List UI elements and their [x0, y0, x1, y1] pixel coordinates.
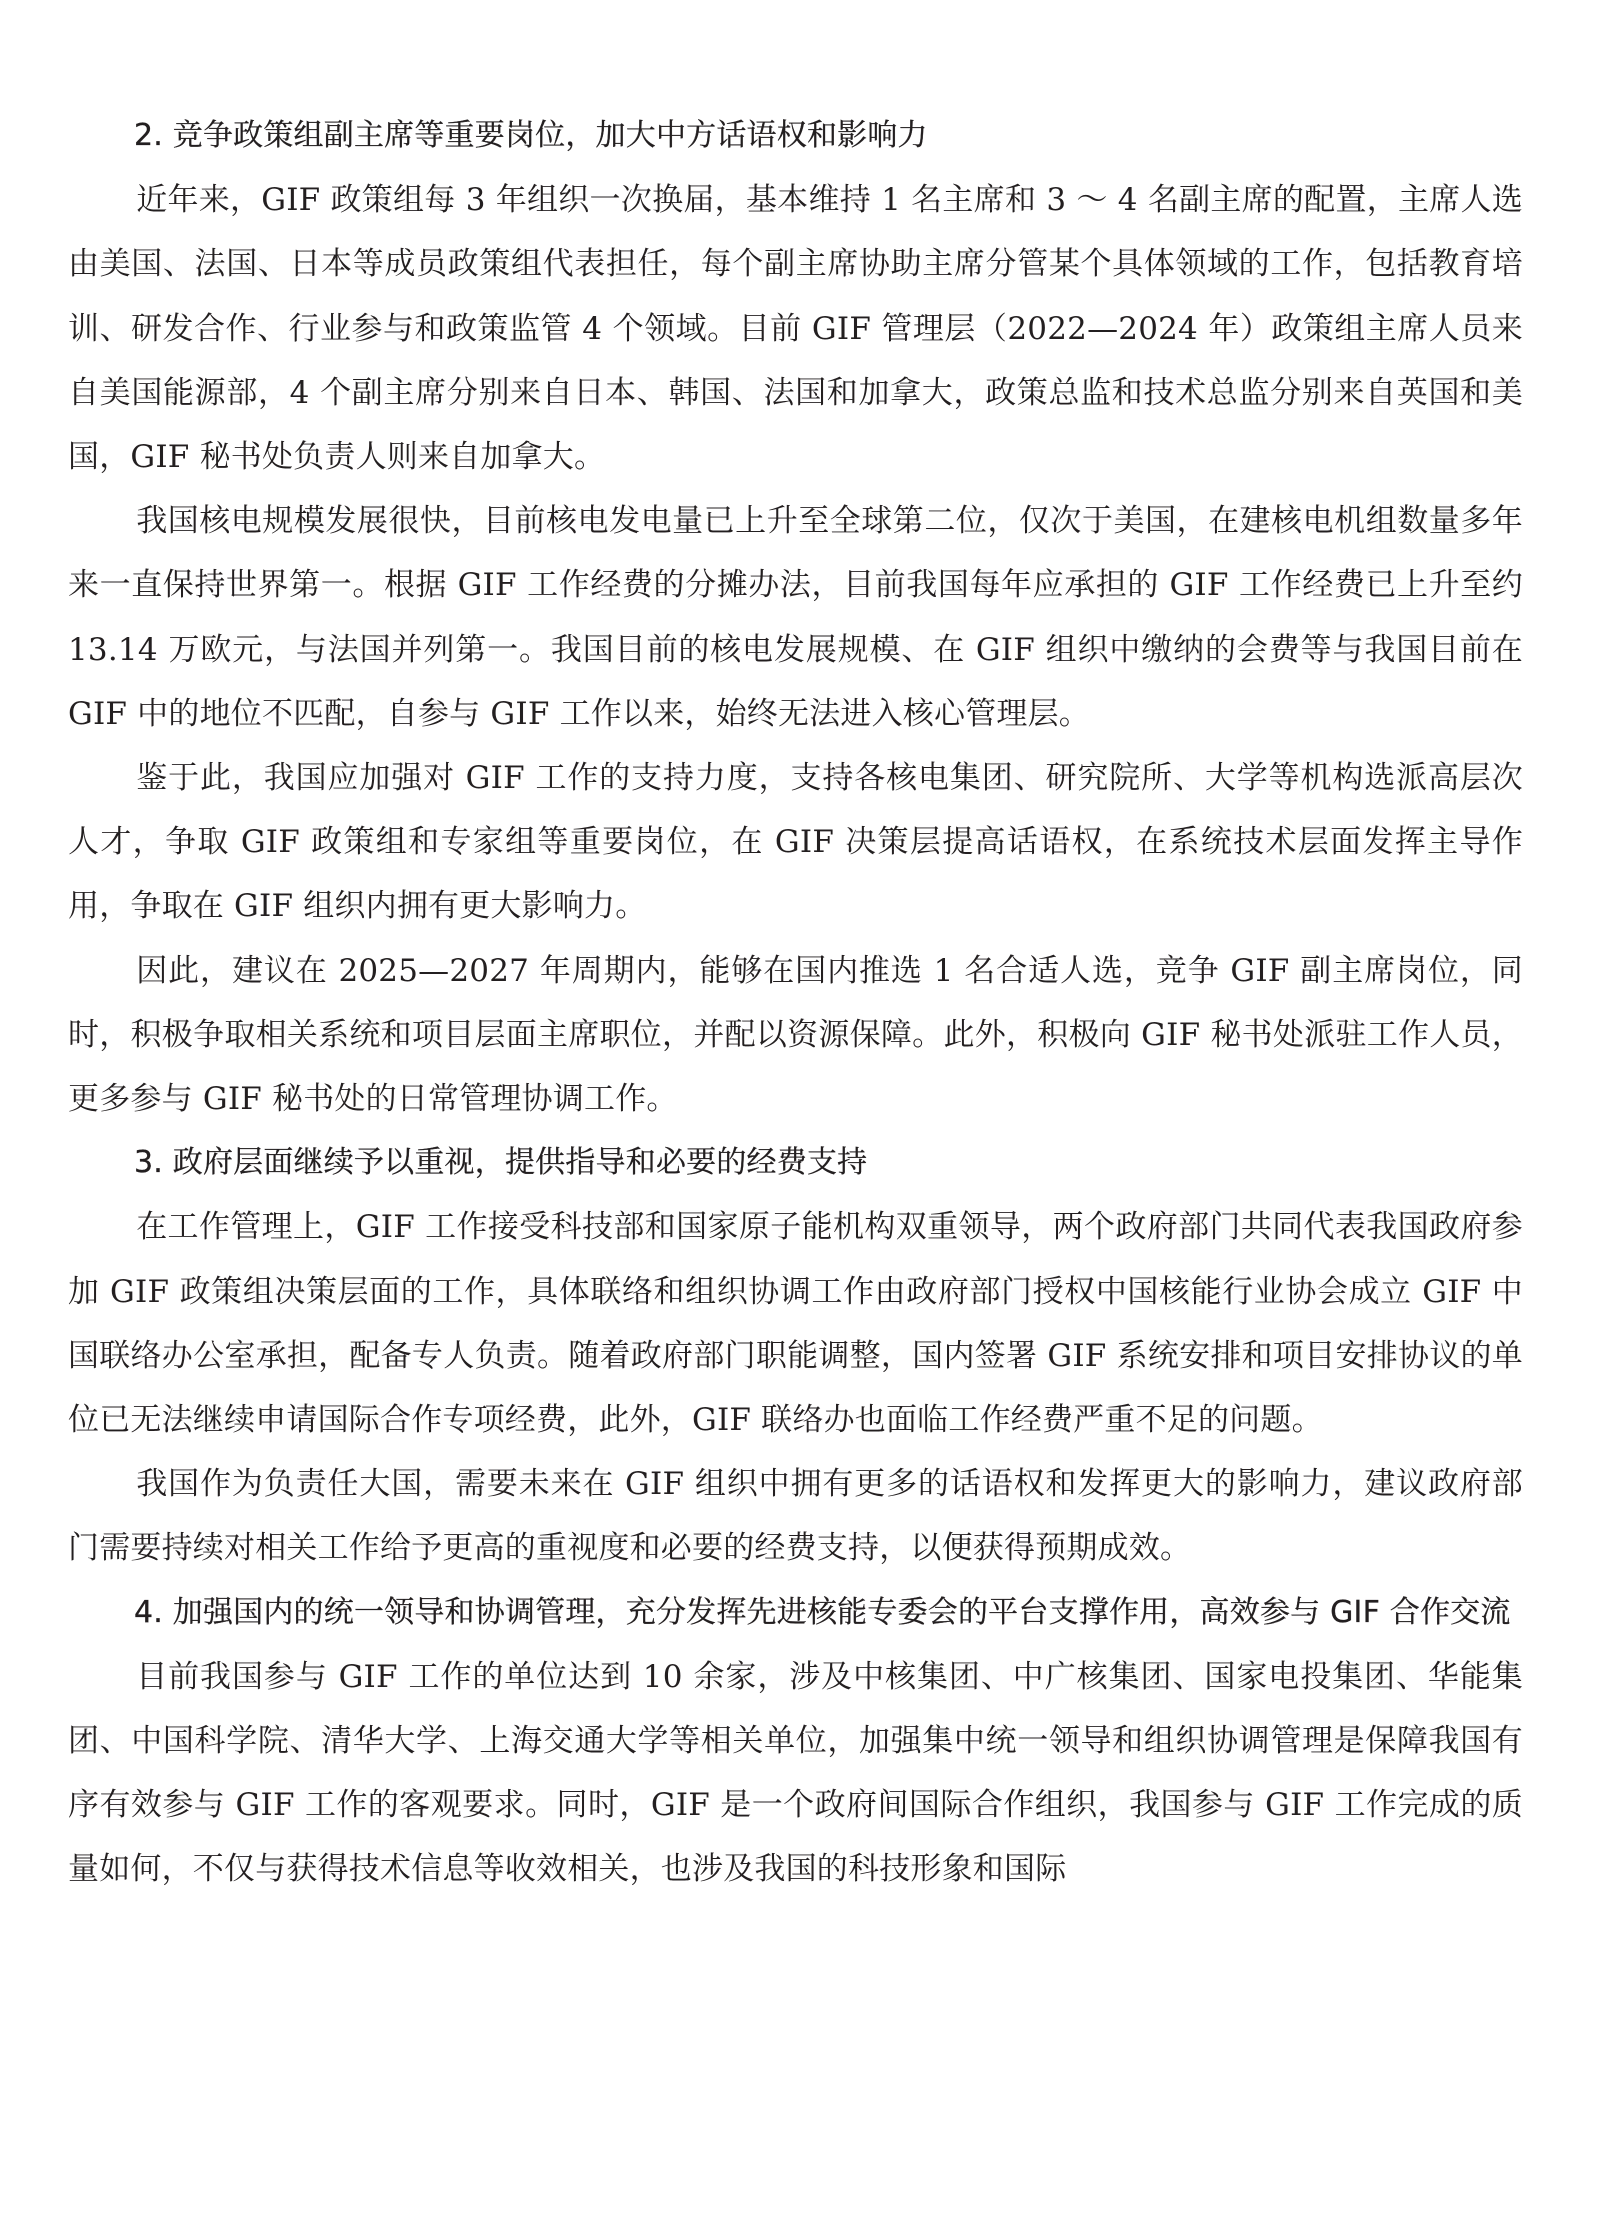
paragraph-government-support: 我国作为负责任大国，需要未来在 GIF 组织中拥有更多的话语权和发挥更大的影响力…	[68, 1452, 1523, 1580]
section-heading-4: 4. 加强国内的统一领导和协调管理，充分发挥先进核能专委会的平台支撑作用，高效参…	[68, 1581, 1523, 1645]
section-heading-3: 3. 政府层面继续予以重视，提供指导和必要的经费支持	[68, 1131, 1523, 1195]
paragraph-recommendation: 因此，建议在 2025—2027 年周期内，能够在国内推选 1 名合适人选，竞争…	[68, 939, 1523, 1132]
paragraph-domestic-coordination: 目前我国参与 GIF 工作的单位达到 10 余家，涉及中核集团、中广核集团、国家…	[68, 1645, 1523, 1902]
paragraph-support-talent: 鉴于此，我国应加强对 GIF 工作的支持力度，支持各核电集团、研究院所、大学等机…	[68, 746, 1523, 939]
paragraph-government-management: 在工作管理上，GIF 工作接受科技部和国家原子能机构双重领导，两个政府部门共同代…	[68, 1195, 1523, 1452]
paragraph-gif-policy-group: 近年来，GIF 政策组每 3 年组织一次换届，基本维持 1 名主席和 3 ～ 4…	[68, 168, 1523, 489]
paragraph-china-nuclear-scale: 我国核电规模发展很快，目前核电发电量已上升至全球第二位，仅次于美国，在建核电机组…	[68, 489, 1523, 746]
section-heading-2: 2. 竞争政策组副主席等重要岗位，加大中方话语权和影响力	[68, 104, 1523, 168]
document-page: 2. 竞争政策组副主席等重要岗位，加大中方话语权和影响力 近年来，GIF 政策组…	[68, 104, 1523, 1902]
